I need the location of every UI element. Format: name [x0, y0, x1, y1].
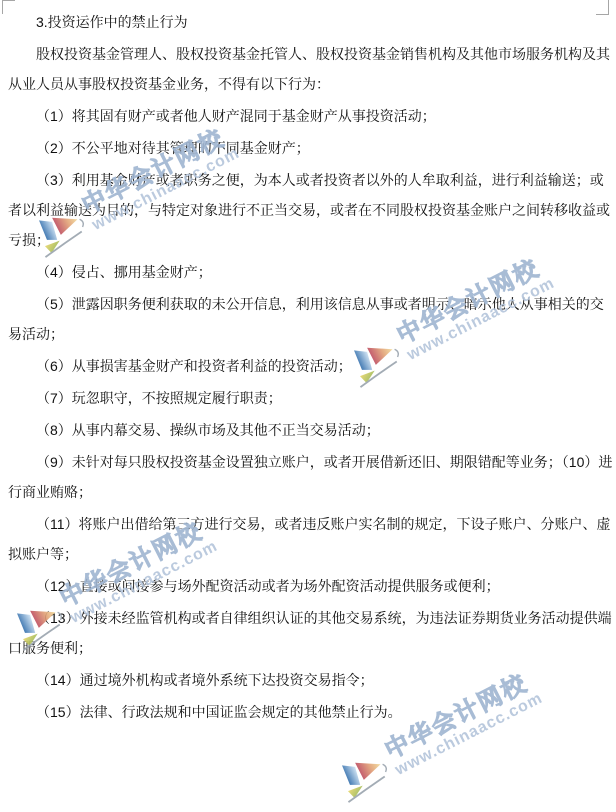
text-line: （14）通过境外机构或者境外系统下达投资交易指令； — [8, 665, 608, 695]
document-page: { "page": { "background": "#ffffff", "te… — [0, 0, 616, 812]
text-line: （3）利用基金财产或者职务之便，为本人或者投资者以外的人牟取利益，进行利益输送；… — [8, 165, 608, 195]
text-line: （6）从事损害基金财产和投资者利益的投资活动； — [8, 351, 608, 381]
text-line: （8）从事内幕交易、操纵市场及其他不正当交易活动； — [8, 415, 608, 445]
text-line: 口服务便利； — [8, 633, 608, 663]
paragraph: （3）利用基金财产或者职务之便，为本人或者投资者以外的人牟取利益，进行利益输送；… — [8, 165, 608, 255]
text-line: 拟账户等； — [8, 539, 608, 569]
text-line: （11）将账户出借给第三方进行交易，或者违反账户实名制的规定，下设子账户、分账户… — [8, 509, 608, 539]
text-line: （13）外接未经监管机构或者自律组织认证的其他交易系统，为违法证券期货业务活动提… — [8, 603, 608, 633]
text-line: 股权投资基金管理人、股权投资基金托管人、股权投资基金销售机构及其他市场服务机构及… — [8, 39, 608, 69]
text-line: （15）法律、行政法规和中国证监会规定的其他禁止行为。 — [8, 697, 608, 727]
text-line: 行商业贿赂； — [8, 477, 608, 507]
paragraph: （6）从事损害基金财产和投资者利益的投资活动； — [8, 351, 608, 381]
text-line: （12）直接或间接参与场外配资活动或者为场外配资活动提供服务或便利； — [8, 571, 608, 601]
paragraph: （14）通过境外机构或者境外系统下达投资交易指令； — [8, 665, 608, 695]
paragraph: （15）法律、行政法规和中国证监会规定的其他禁止行为。 — [8, 697, 608, 727]
chinaacc-logo-icon — [329, 743, 395, 806]
text-line: （4）侵占、挪用基金财产； — [8, 257, 608, 287]
text-line: （1）将其固有财产或者他人财产混同于基金财产从事投资活动； — [8, 101, 608, 131]
paragraph: （9）未针对每只股权投资基金设置独立账户，或者开展借新还旧、期限错配等业务；（1… — [8, 447, 608, 507]
text-line: （9）未针对每只股权投资基金设置独立账户，或者开展借新还旧、期限错配等业务；（1… — [8, 447, 608, 477]
text-line: 易活动； — [8, 319, 608, 349]
paragraph: （8）从事内幕交易、操纵市场及其他不正当交易活动； — [8, 415, 608, 445]
text-line: 者以利益输送为目的，与特定对象进行不正当交易，或者在不同股权投资基金账户之间转移… — [8, 195, 608, 225]
paragraph: （13）外接未经监管机构或者自律组织认证的其他交易系统，为违法证券期货业务活动提… — [8, 603, 608, 663]
paragraph: 3.投资运作中的禁止行为 — [8, 7, 608, 37]
paragraph: 股权投资基金管理人、股权投资基金托管人、股权投资基金销售机构及其他市场服务机构及… — [8, 39, 608, 99]
paragraph: （4）侵占、挪用基金财产； — [8, 257, 608, 287]
text-line: 从业人员从事股权投资基金业务，不得有以下行为： — [8, 69, 608, 99]
paragraph: （5）泄露因职务便利获取的未公开信息，利用该信息从事或者明示、暗示他人从事相关的… — [8, 289, 608, 349]
text-line: （7）玩忽职守，不按照规定履行职责； — [8, 383, 608, 413]
document-body: 3.投资运作中的禁止行为 股权投资基金管理人、股权投资基金托管人、股权投资基金销… — [0, 0, 616, 727]
text-line: （5）泄露因职务便利获取的未公开信息，利用该信息从事或者明示、暗示他人从事相关的… — [8, 289, 608, 319]
paragraph: （2）不公平地对待其管理的不同基金财产； — [8, 133, 608, 163]
paragraph: （1）将其固有财产或者他人财产混同于基金财产从事投资活动； — [8, 101, 608, 131]
paragraph: （11）将账户出借给第三方进行交易，或者违反账户实名制的规定，下设子账户、分账户… — [8, 509, 608, 569]
text-line: 亏损； — [8, 225, 608, 255]
text-line: （2）不公平地对待其管理的不同基金财产； — [8, 133, 608, 163]
paragraph: （7）玩忽职守，不按照规定履行职责； — [8, 383, 608, 413]
heading-line: 3.投资运作中的禁止行为 — [8, 7, 608, 37]
paragraph: （12）直接或间接参与场外配资活动或者为场外配资活动提供服务或便利； — [8, 571, 608, 601]
